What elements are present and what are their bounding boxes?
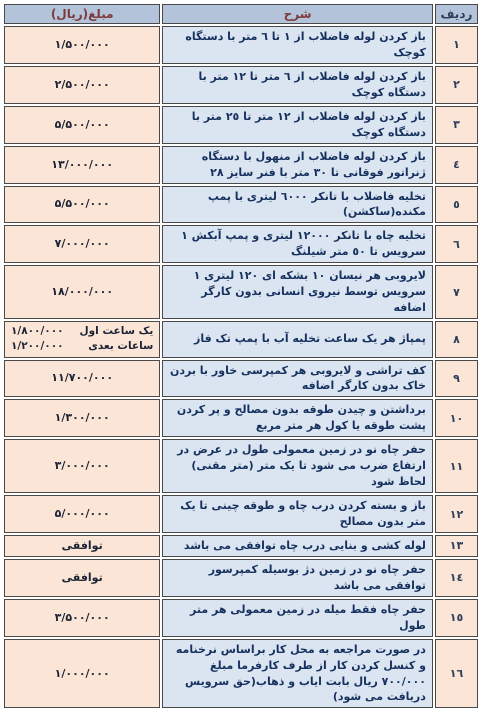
row-description-cell: باز کردن لوله فاضلاب از ۱ تا ٦ متر با دس…: [162, 26, 433, 64]
row-description-cell: در صورت مراجعه به محل کار براساس نرخنامه…: [162, 639, 433, 709]
col-header-description: شرح: [162, 4, 433, 24]
row-description-cell: حفر چاه نو در زمین دژ بوسیله کمپرسور توا…: [162, 559, 433, 597]
table-row: ۱۱حفر چاه نو در زمین معمولی طول در عرض د…: [4, 439, 478, 493]
row-description-cell: تخلیه چاه با تانکر ۱۲۰۰۰ لیتری و پمپ آبک…: [162, 225, 433, 263]
row-description-cell: کف تراشی و لایروبی هر کمپرسی خاور با برد…: [162, 360, 433, 398]
col-header-amount: مبلغ(ریال): [4, 4, 160, 24]
table-row: ٥تخلیه فاضلاب با تانکر ٦۰۰۰ لیتری با پمپ…: [4, 186, 478, 224]
row-amount-cell: ۵/۵۰۰/۰۰۰: [4, 106, 160, 144]
table-row: ۱٥حفر چاه فقط میله در زمین معمولی هر متر…: [4, 599, 478, 637]
row-amount-cell: ۱۳/۰۰۰/۰۰۰: [4, 146, 160, 184]
row-amount-cell: توافقی: [4, 559, 160, 597]
table-row: ۳باز کردن لوله فاضلاب از ۱۲ متر تا ۲٥ مت…: [4, 106, 478, 144]
table-row: ۸پمپاژ هر یک ساعت تخلیه آب با پمپ تک فاز…: [4, 321, 478, 357]
table-row: ۱۲باز و بسته کردن درب چاه و طوقه چینی تا…: [4, 495, 478, 533]
amount-line-value: ۱/۸۰۰/۰۰۰: [11, 324, 64, 339]
row-index-cell: ۹: [435, 360, 478, 398]
table-row: ۱باز کردن لوله فاضلاب از ۱ تا ٦ متر با د…: [4, 26, 478, 64]
row-index-cell: ۱٦: [435, 639, 478, 709]
row-amount-cell: ۵/۰۰۰/۰۰۰: [4, 495, 160, 533]
amount-line-label: یک ساعت اول: [80, 324, 154, 339]
row-amount-cell: ۱/۰۰۰/۰۰۰: [4, 639, 160, 709]
row-description-cell: باز و بسته کردن درب چاه و طوقه چینی تا ی…: [162, 495, 433, 533]
table-row: ۱٦در صورت مراجعه به محل کار براساس نرخنا…: [4, 639, 478, 709]
table-row: ۱۳لوله کشی و بنایی درب چاه توافقی می باش…: [4, 535, 478, 557]
row-index-cell: ۱٤: [435, 559, 478, 597]
row-amount-cell: یک ساعت اول۱/۸۰۰/۰۰۰ساعات بعدی۱/۲۰۰/۰۰۰: [4, 321, 160, 357]
row-index-cell: ۲: [435, 66, 478, 104]
row-amount-cell: ۱۸/۰۰۰/۰۰۰: [4, 265, 160, 319]
row-index-cell: ۱۰: [435, 399, 478, 437]
row-amount-cell: ۳/۰۰۰/۰۰۰: [4, 439, 160, 493]
row-amount-cell: ۱/۳۰۰/۰۰۰: [4, 399, 160, 437]
row-amount-cell: ۱/۵۰۰/۰۰۰: [4, 26, 160, 64]
amount-line-value: ۱/۲۰۰/۰۰۰: [11, 339, 64, 354]
row-index-cell: ۱۳: [435, 535, 478, 557]
table-row: ۷لایروبی هر نیسان ۱۰ بشکه ای ۱۲۰ لیتری ۱…: [4, 265, 478, 319]
price-table-header: ردیف شرح مبلغ(ریال): [4, 4, 478, 24]
row-index-cell: ٥: [435, 186, 478, 224]
table-row: ٤باز کردن لوله فاضلاب از منهول با دستگاه…: [4, 146, 478, 184]
table-row: ۲باز کردن لوله فاضلاب از ٦ متر تا ۱۲ متر…: [4, 66, 478, 104]
row-index-cell: ۷: [435, 265, 478, 319]
row-description-cell: تخلیه فاضلاب با تانکر ٦۰۰۰ لیتری با پمپ …: [162, 186, 433, 224]
row-index-cell: ٦: [435, 225, 478, 263]
row-index-cell: ۱۱: [435, 439, 478, 493]
page: { "colors":{ "header_bg":"#b3c4da", "des…: [0, 0, 482, 714]
row-index-cell: ۸: [435, 321, 478, 357]
row-index-cell: ۱: [435, 26, 478, 64]
price-table-body: ۱باز کردن لوله فاضلاب از ۱ تا ٦ متر با د…: [4, 26, 478, 708]
row-amount-cell: ۱۱/۷۰۰/۰۰۰: [4, 360, 160, 398]
table-row: ۱٤حفر چاه نو در زمین دژ بوسیله کمپرسور ت…: [4, 559, 478, 597]
row-index-cell: ٤: [435, 146, 478, 184]
row-amount-cell: ۳/۵۰۰/۰۰۰: [4, 599, 160, 637]
row-description-cell: حفر چاه فقط میله در زمین معمولی هر متر ط…: [162, 599, 433, 637]
amount-line: یک ساعت اول۱/۸۰۰/۰۰۰: [11, 324, 153, 339]
row-index-cell: ۳: [435, 106, 478, 144]
row-amount-cell: توافقی: [4, 535, 160, 557]
row-index-cell: ۱۲: [435, 495, 478, 533]
row-amount-cell: ۲/۵۰۰/۰۰۰: [4, 66, 160, 104]
amount-line: ساعات بعدی۱/۲۰۰/۰۰۰: [11, 339, 153, 354]
table-row: ۹کف تراشی و لایروبی هر کمپرسی خاور با بر…: [4, 360, 478, 398]
row-amount-cell: ۷/۰۰۰/۰۰۰: [4, 225, 160, 263]
row-description-cell: باز کردن لوله فاضلاب از ۱۲ متر تا ۲٥ متر…: [162, 106, 433, 144]
row-description-cell: حفر چاه نو در زمین معمولی طول در عرض در …: [162, 439, 433, 493]
row-description-cell: لایروبی هر نیسان ۱۰ بشکه ای ۱۲۰ لیتری ۱ …: [162, 265, 433, 319]
row-description-cell: باز کردن لوله فاضلاب از منهول با دستگاه …: [162, 146, 433, 184]
header-row: ردیف شرح مبلغ(ریال): [4, 4, 478, 24]
table-row: ٦تخلیه چاه با تانکر ۱۲۰۰۰ لیتری و پمپ آب…: [4, 225, 478, 263]
row-index-cell: ۱٥: [435, 599, 478, 637]
row-description-cell: لوله کشی و بنایی درب چاه توافقی می باشد: [162, 535, 433, 557]
row-description-cell: پمپاژ هر یک ساعت تخلیه آب با پمپ تک فاز: [162, 321, 433, 357]
price-table: ردیف شرح مبلغ(ریال) ۱باز کردن لوله فاضلا…: [2, 2, 480, 710]
row-description-cell: باز کردن لوله فاضلاب از ٦ متر تا ۱۲ متر …: [162, 66, 433, 104]
col-header-index: ردیف: [435, 4, 478, 24]
row-amount-cell: ۵/۵۰۰/۰۰۰: [4, 186, 160, 224]
row-description-cell: برداشتن و چیدن طوقه بدون مصالح و پر کردن…: [162, 399, 433, 437]
table-row: ۱۰برداشتن و چیدن طوقه بدون مصالح و پر کر…: [4, 399, 478, 437]
amount-line-label: ساعات بعدی: [88, 339, 153, 354]
